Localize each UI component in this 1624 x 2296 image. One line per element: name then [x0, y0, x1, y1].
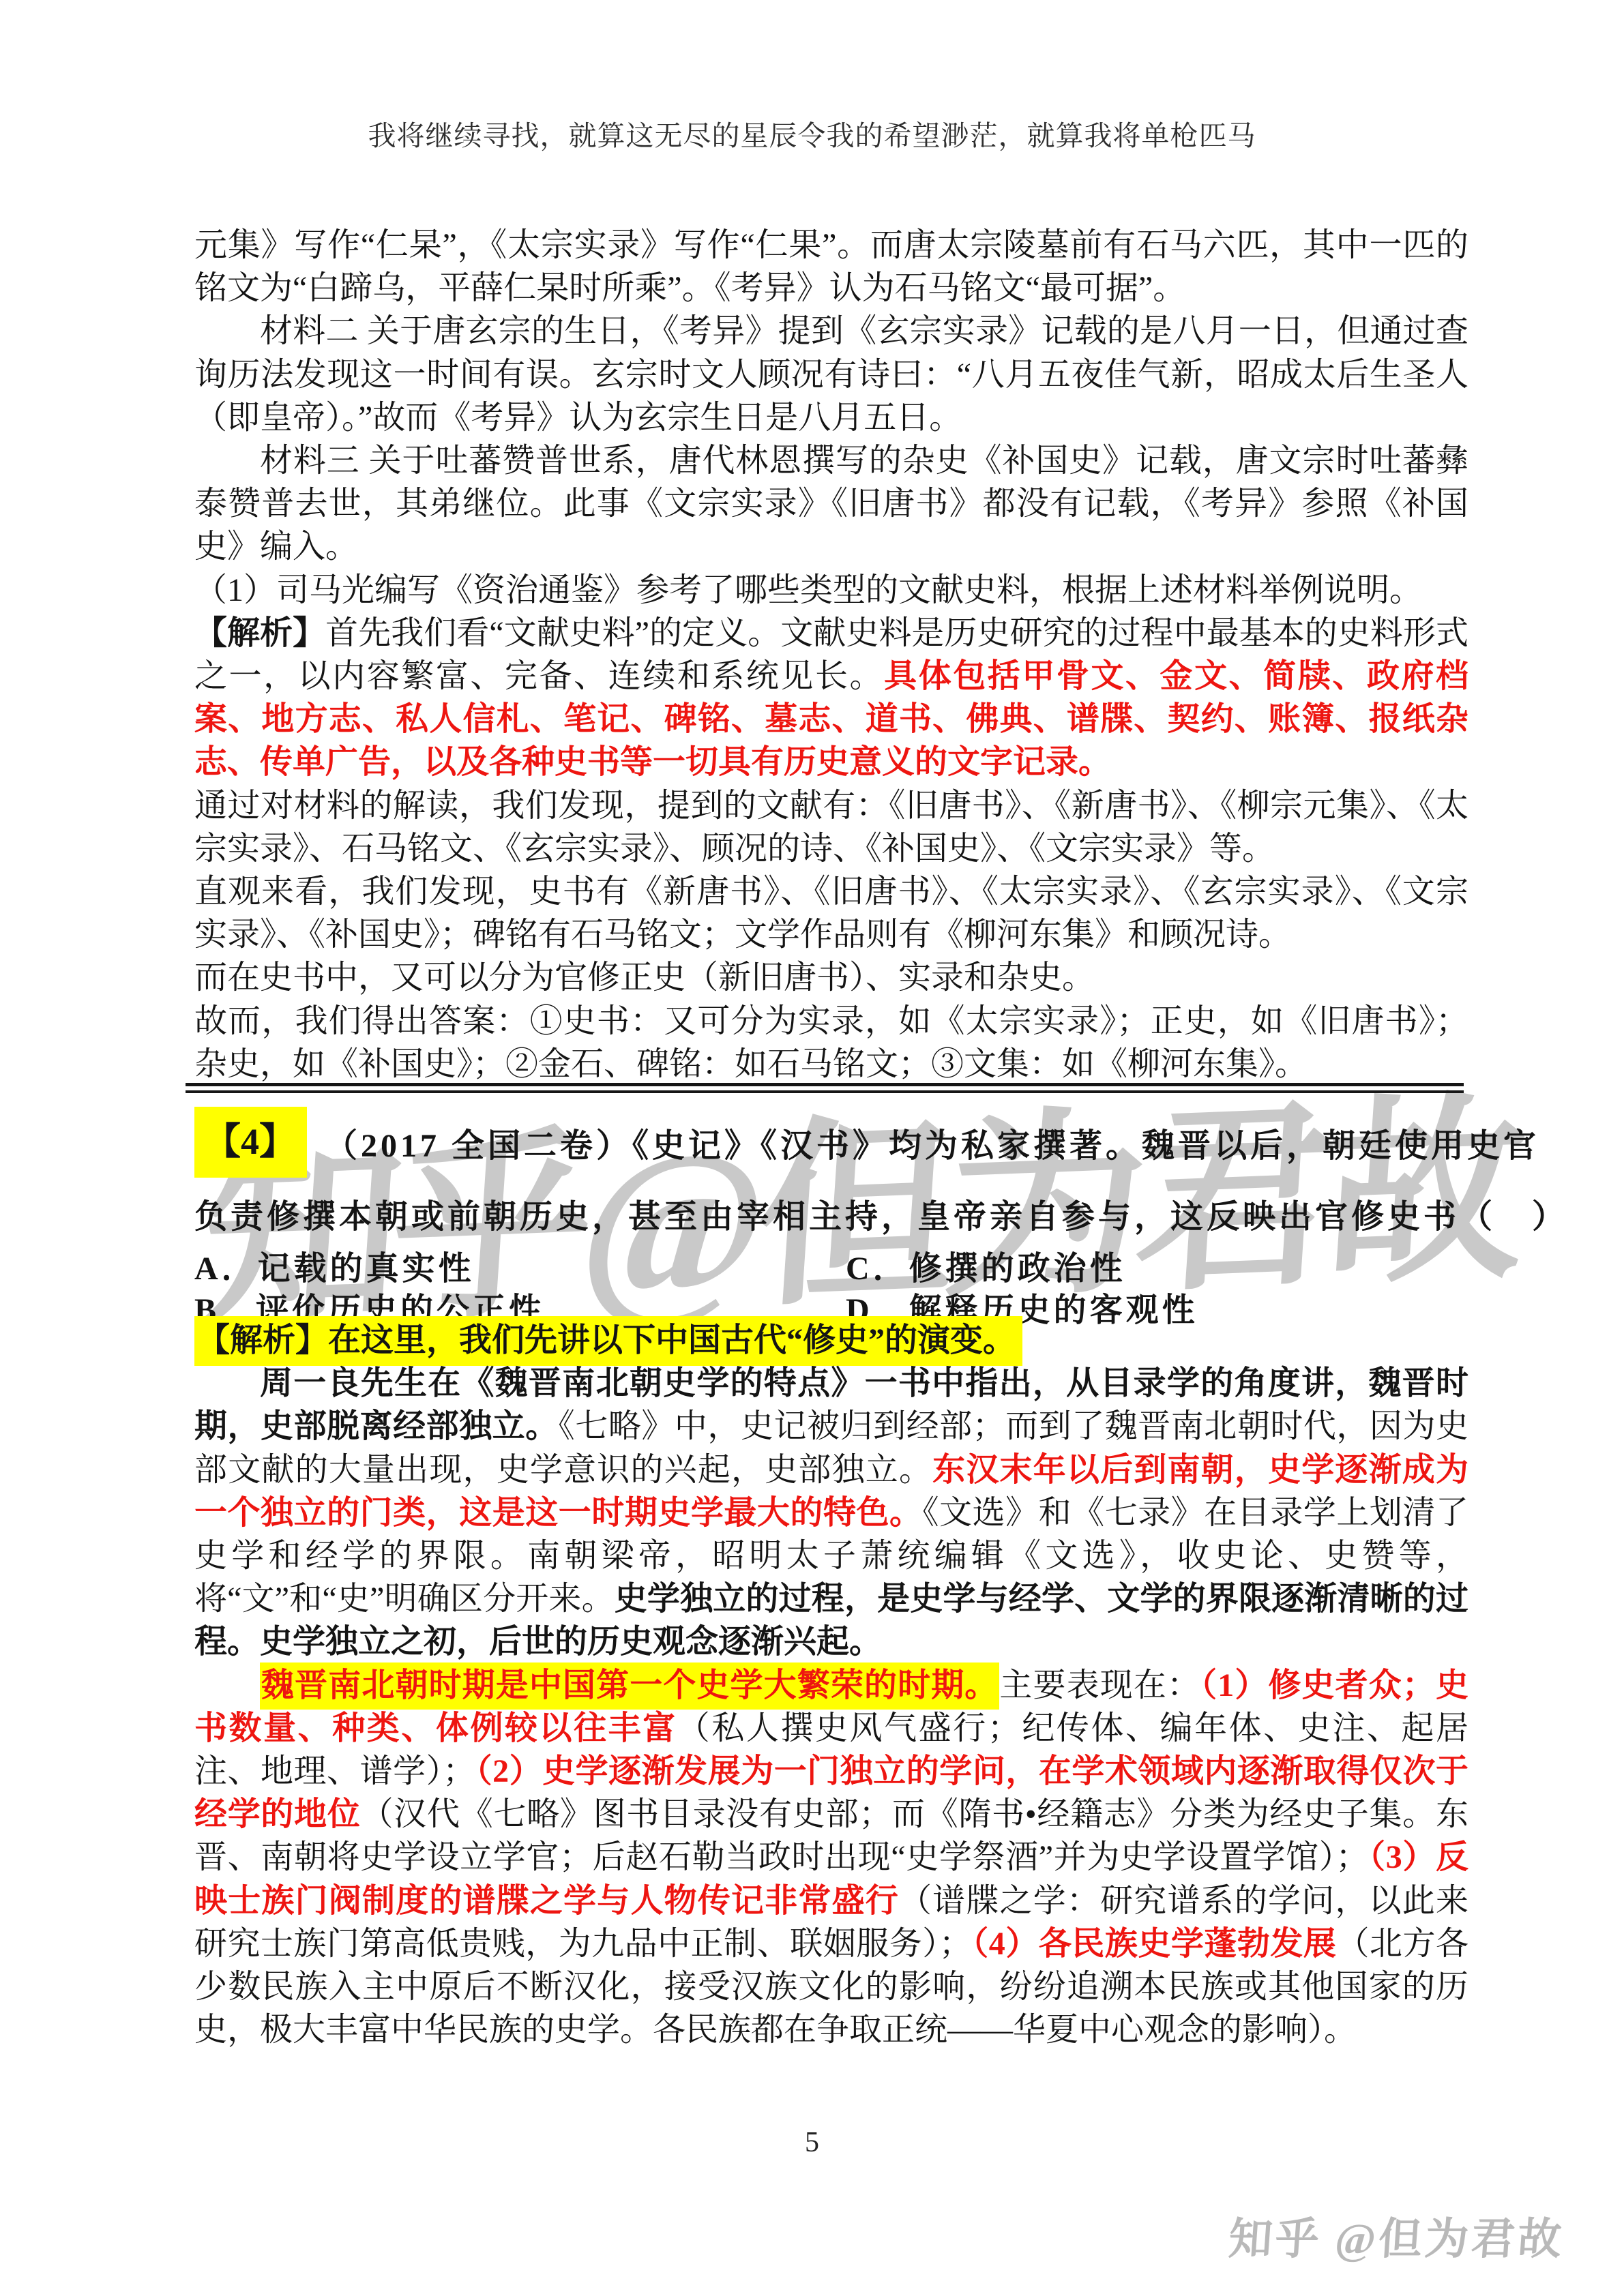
page-number: 5	[0, 2126, 1624, 2159]
question-4-stem-line1-row: 【4】 （2017 全国二卷）《史记》《汉书》均为私家撰著。魏晋以后，朝廷使用史…	[194, 1106, 1490, 1178]
question-stem-line2: 负责修撰本朝或前朝历史，甚至由宰相主持，皇帝亲自参与，这反映出官修史书（ ）	[194, 1196, 1490, 1238]
paragraph: 而在史书中，又可以分为官修正史（新旧唐书）、实录和杂史。	[194, 956, 1468, 999]
paragraph: （1）司马光编写《资治通鉴》参考了哪些类型的文献史料，根据上述材料举例说明。	[194, 569, 1468, 612]
text-segment: （汉代《七略》图书目录没有史部；而《隋书•经籍志》分类为经史子集。东晋、南朝将史…	[194, 1796, 1468, 1875]
text-segment: 【解析】	[194, 615, 325, 651]
document-page: 知乎@但为君故 我将继续寻找，就算这无尽的星辰令我的希望渺茫，就算我将单枪匹马 …	[0, 0, 1624, 2296]
text-segment: 魏晋南北朝时期是中国第一个史学大繁荣的时期。	[260, 1663, 999, 1710]
analysis-paragraph-1: 周一良先生在《魏晋南北朝史学的特点》一书中指出，从目录学的角度讲，魏晋时期，史部…	[194, 1362, 1468, 1663]
corner-watermark: 知乎 @但为君故	[1227, 2204, 1567, 2267]
paragraph: 材料二 关于唐玄宗的生日，《考异》提到《玄宗实录》记载的是八月一日，但通过查询历…	[194, 310, 1468, 439]
header-motto: 我将继续寻找，就算这无尽的星辰令我的希望渺茫，就算我将单枪匹马	[0, 113, 1624, 153]
paragraph: 通过对材料的解读，我们发现，提到的文献有：《旧唐书》、《新唐书》、《柳宗元集》、…	[194, 784, 1468, 870]
paragraph: 直观来看，我们发现，史书有《新唐书》、《旧唐书》、《太宗实录》、《玄宗实录》、《…	[194, 870, 1468, 956]
paragraph: 元集》写作“仁杲”，《太宗实录》写作“仁果”。而唐太宗陵墓前有石马六匹，其中一匹…	[194, 224, 1468, 310]
section-divider	[186, 1083, 1464, 1093]
option-A: A．记载的真实性	[194, 1248, 846, 1289]
text-segment: 材料三 关于吐蕃赞普世系，唐代林恩撰写的杂史《补国史》记载，唐文宗时吐蕃彝泰赞普…	[194, 443, 1468, 565]
text-segment: （1）司马光编写《资治通鉴》参考了哪些类型的文献史料，根据上述材料举例说明。	[194, 572, 1422, 608]
text-segment: 材料二 关于唐玄宗的生日，《考异》提到《玄宗实录》记载的是八月一日，但通过查询历…	[194, 313, 1468, 435]
paragraph: 【解析】首先我们看“文献史料”的定义。文献史料是历史研究的过程中最基本的史料形式…	[194, 612, 1468, 784]
option-C: C．修撰的政治性	[846, 1248, 1490, 1289]
analysis-paragraph-2: 魏晋南北朝时期是中国第一个史学大繁荣的时期。主要表现在：（1）修史者众；史书数量…	[194, 1664, 1468, 2052]
question-4-block: 【4】 （2017 全国二卷）《史记》《汉书》均为私家撰著。魏晋以后，朝廷使用史…	[194, 1106, 1490, 1331]
paragraph: 故而，我们得出答案：①史书：又可分为实录，如《太宗实录》；正史，如《旧唐书》；杂…	[194, 1000, 1468, 1086]
analysis-block: 【解析】在这里，我们先讲以下中国古代“修史”的演变。 周一良先生在《魏晋南北朝史…	[194, 1319, 1468, 2051]
question-stem-text: （2017 全国二卷）《史记》《汉书》均为私家撰著。魏晋以后，朝廷使用史官	[325, 1119, 1539, 1166]
text-segment: 元集》写作“仁杲”，《太宗实录》写作“仁果”。而唐太宗陵墓前有石马六匹，其中一匹…	[194, 227, 1468, 306]
question-number-badge: 【4】	[194, 1107, 307, 1178]
text-segment: 而在史书中，又可以分为官修正史（新旧唐书）、实录和杂史。	[194, 959, 1095, 996]
top-text-block: 元集》写作“仁杲”，《太宗实录》写作“仁果”。而唐太宗陵墓前有石马六匹，其中一匹…	[194, 224, 1468, 1086]
text-segment: 主要表现在：	[999, 1667, 1200, 1703]
text-segment: （4）各民族史学蓬勃发展	[972, 1926, 1337, 1962]
text-segment: 【解析】在这里，我们先讲以下中国古代“修史”的演变。	[194, 1316, 1022, 1366]
text-segment: 故而，我们得出答案：①史书：又可分为实录，如《太宗实录》；正史，如《旧唐书》；杂…	[194, 1003, 1468, 1082]
text-segment: 通过对材料的解读，我们发现，提到的文献有：《旧唐书》、《新唐书》、《柳宗元集》、…	[194, 788, 1468, 867]
paragraph: 材料三 关于吐蕃赞普世系，唐代林恩撰写的杂史《补国史》记载，唐文宗时吐蕃彝泰赞普…	[194, 439, 1468, 569]
text-segment: 直观来看，我们发现，史书有《新唐书》、《旧唐书》、《太宗实录》、《玄宗实录》、《…	[194, 874, 1468, 953]
analysis-heading: 【解析】在这里，我们先讲以下中国古代“修史”的演变。	[194, 1319, 1468, 1362]
